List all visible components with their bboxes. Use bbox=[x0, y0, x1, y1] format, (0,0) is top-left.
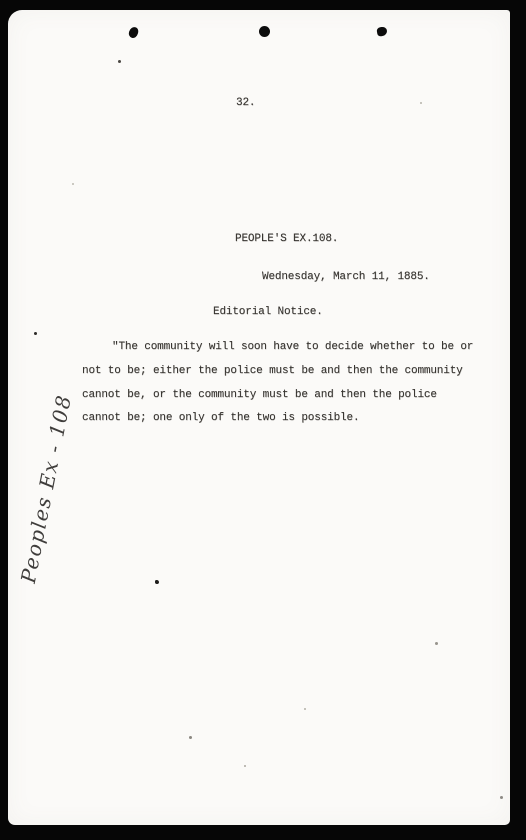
scan-speckle bbox=[34, 332, 37, 335]
exhibit-heading: PEOPLE'S EX.108. bbox=[235, 233, 338, 245]
binding-hole-icon bbox=[259, 26, 270, 37]
binding-hole-icon bbox=[376, 26, 387, 37]
margin-annotation-handwriting: Peoples Ex - 108 bbox=[13, 378, 82, 599]
body-line: "The community will soon have to decide … bbox=[82, 336, 473, 360]
section-heading: Editorial Notice. bbox=[213, 306, 323, 318]
date-line: Wednesday, March 11, 1885. bbox=[262, 271, 430, 283]
scan-speckle bbox=[500, 796, 503, 799]
body-line: cannot be; one only of the two is possib… bbox=[82, 407, 473, 431]
scan-speckle bbox=[155, 580, 159, 584]
scan-speckle bbox=[189, 736, 192, 739]
scan-speckle bbox=[420, 102, 422, 104]
scan-speckle bbox=[435, 642, 438, 645]
binding-hole-icon bbox=[128, 26, 140, 39]
scan-background: 32. PEOPLE'S EX.108. Wednesday, March 11… bbox=[0, 0, 526, 840]
page-number: 32. bbox=[236, 97, 255, 109]
body-line: cannot be, or the community must be and … bbox=[82, 384, 473, 408]
scan-speckle bbox=[244, 765, 246, 767]
scan-speckle bbox=[304, 708, 306, 710]
body-line: not to be; either the police must be and… bbox=[82, 360, 473, 384]
scan-speckle bbox=[72, 183, 74, 185]
scan-speckle bbox=[118, 60, 121, 63]
body-paragraph: "The community will soon have to decide … bbox=[82, 336, 473, 431]
document-page: 32. PEOPLE'S EX.108. Wednesday, March 11… bbox=[8, 10, 510, 825]
